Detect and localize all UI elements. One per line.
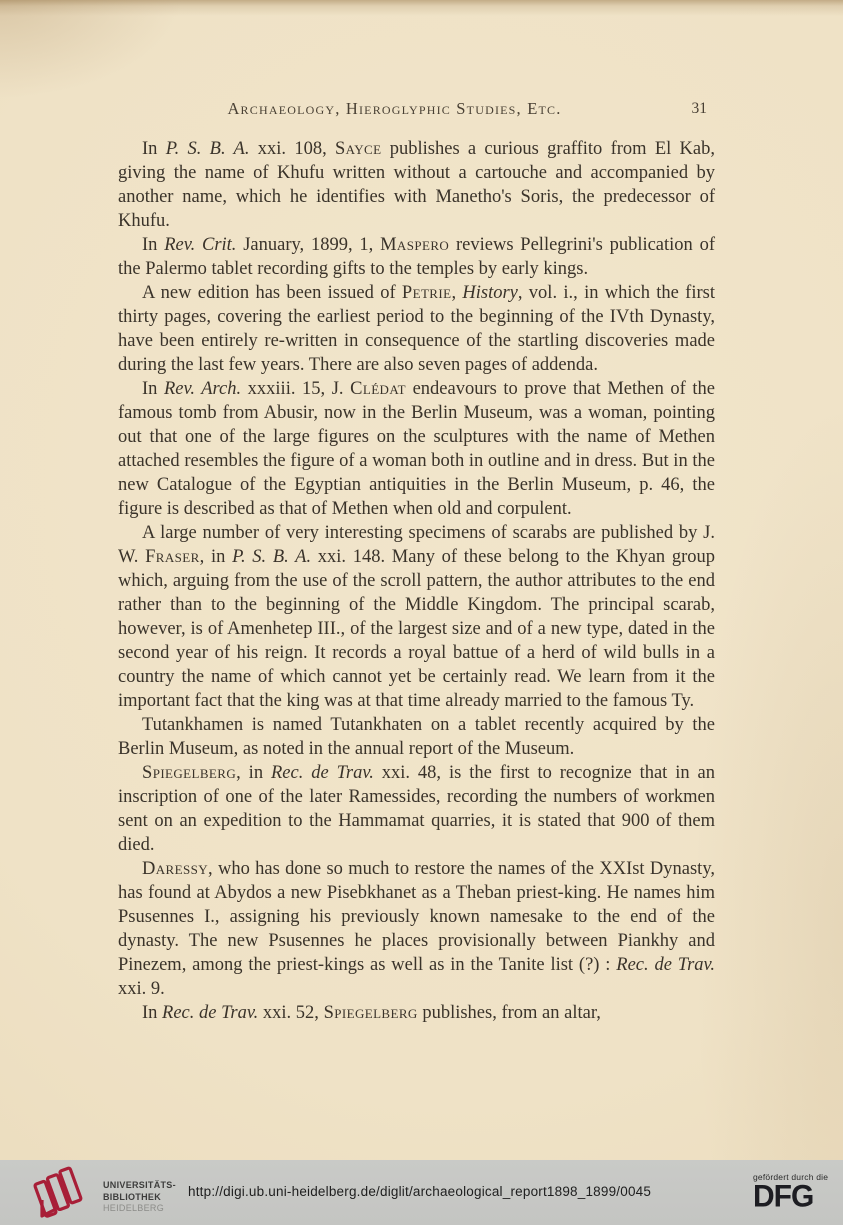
library-name: UNIVERSITÄTS- BIBLIOTHEK HEIDELBERG [103, 1180, 176, 1215]
paragraph: Daressy, who has done so much to restore… [118, 857, 715, 1001]
source-url: http://digi.ub.uni-heidelberg.de/diglit/… [188, 1184, 688, 1199]
paragraph: Tutankhamen is named Tutankhaten on a ta… [118, 713, 715, 761]
page-header: Archaeology, Hieroglyphic Studies, Etc. … [118, 96, 715, 122]
running-title: Archaeology, Hieroglyphic Studies, Etc. [118, 96, 671, 122]
library-name-line3: HEIDELBERG [103, 1203, 176, 1215]
dfg-funding-block: gefördert durch die DFG [753, 1172, 833, 1211]
page-number: 31 [692, 96, 708, 122]
university-library-books-icon [28, 1166, 96, 1220]
paragraph: In P. S. B. A. xxi. 108, Sayce publishes… [118, 137, 715, 233]
dfg-logo: DFG [753, 1182, 813, 1211]
digitization-footer: UNIVERSITÄTS- BIBLIOTHEK HEIDELBERG http… [0, 1160, 843, 1225]
page-text: In P. S. B. A. xxi. 108, Sayce publishes… [118, 137, 715, 1025]
scanned-page: Archaeology, Hieroglyphic Studies, Etc. … [0, 0, 843, 1160]
paragraph: In Rev. Crit. January, 1899, 1, Maspero … [118, 233, 715, 281]
library-name-line2: BIBLIOTHEK [103, 1192, 176, 1204]
paragraph: In Rev. Arch. xxxiii. 15, J. Clédat ende… [118, 377, 715, 521]
paragraph: In Rec. de Trav. xxi. 52, Spiegelberg pu… [118, 1001, 715, 1025]
library-name-line1: UNIVERSITÄTS- [103, 1180, 176, 1192]
paragraph: Spiegelberg, in Rec. de Trav. xxi. 48, i… [118, 761, 715, 857]
paragraph: A large number of very interesting speci… [118, 521, 715, 713]
paragraph: A new edition has been issued of Petrie,… [118, 281, 715, 377]
